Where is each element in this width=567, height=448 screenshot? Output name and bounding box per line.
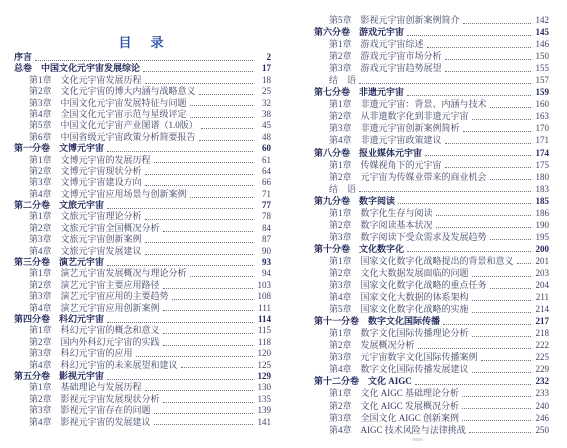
entry-label: 第十二分卷 文化 AIGC (314, 375, 412, 387)
dot-leader (145, 219, 253, 220)
entry-label: 第2章 影视元宇宙发展现状分析 (29, 394, 160, 405)
toc-entry: 第4章 AIGC 技术风险与法律挑战250 (314, 424, 549, 436)
dot-leader (190, 276, 253, 277)
entry-label: 第3章 非遗元宇宙创新案例简析 (329, 122, 460, 134)
entry-page: 114 (256, 314, 271, 325)
toc-entry: 第2章 文旅元宇宙全国概况分析84 (14, 223, 271, 234)
dot-leader (136, 356, 253, 357)
toc-entry: 第1章 科幻元宇宙的概念和意义115 (14, 325, 271, 336)
dot-leader (472, 276, 531, 277)
entry-page: 160 (534, 98, 549, 110)
dot-leader (490, 239, 531, 240)
dot-leader (472, 372, 531, 373)
dot-leader (407, 95, 531, 96)
entry-page: 71 (256, 189, 271, 200)
toc-entry: 第十分卷 文化数字化200 (314, 243, 549, 255)
entry-label: 第2章 国内外科幻元宇宙的实践 (29, 337, 160, 348)
dot-leader (359, 83, 531, 84)
entry-label: 第1章 传媒视角下的元宇宙 (329, 159, 442, 171)
dot-leader (145, 254, 253, 255)
dot-leader (201, 128, 253, 129)
dot-leader (199, 94, 253, 95)
entry-page: 90 (256, 246, 271, 257)
entry-page: 250 (534, 424, 549, 436)
entry-page: 103 (256, 280, 271, 291)
toc-entry: 第4章 科幻元宇宙的未来展望和建议125 (14, 360, 271, 371)
entry-label: 第七分卷 非遗元宇宙 (314, 86, 404, 98)
entry-label: 第1章 演艺元宇宙发展概况与理论分析 (29, 268, 187, 279)
dot-leader (445, 71, 531, 72)
entry-page: 211 (534, 291, 549, 303)
entry-label: 第5章 影视元宇宙创新案例简介 (329, 14, 460, 26)
toc-page-right: 第5章 影视元宇宙创新案例简介142第六分卷 游戏元宇宙145第1章 游戏元宇宙… (314, 14, 549, 436)
dot-leader (163, 333, 253, 334)
dot-leader (472, 312, 531, 313)
entry-label: 第2章 数字阅读基本状况 (329, 219, 433, 231)
toc-page-left: 目 录 序言2总卷 中国文化元宇宙发展综论17第1章 文化元宇宙发展历程18第2… (14, 36, 271, 428)
entry-label: 第4章 国家文化大数据的体系架构 (329, 291, 469, 303)
dot-leader (445, 143, 531, 144)
entry-label: 第3章 数字阅读下受众需求及发展趋势 (329, 231, 487, 243)
toc-entry: 第2章 文化元宇宙的博大内涵与战略意义25 (14, 86, 271, 97)
dot-leader (107, 151, 253, 152)
toc-entry: 第2章 国内外科幻元宇宙的实践118 (14, 337, 271, 348)
entry-page: 185 (534, 195, 549, 207)
dot-leader (145, 185, 253, 186)
entry-label: 第5章 国家文化数字化战略的实施 (329, 303, 469, 315)
toc-entry: 第1章 文化元宇宙发展历程18 (14, 75, 271, 86)
dot-leader (163, 402, 253, 403)
toc-entry: 第1章 基础理论与发展历程130 (14, 382, 271, 393)
entry-page: 142 (534, 14, 549, 26)
dot-leader (143, 71, 253, 72)
toc-entry: 第1章 文博元宇宙的发展历程61 (14, 155, 271, 166)
entry-label: 第2章 发展概况分析 (329, 339, 415, 351)
entry-page: 18 (256, 75, 271, 86)
entry-page: 195 (534, 231, 549, 243)
page-title: 目 录 (14, 36, 271, 50)
entry-page: 78 (256, 211, 271, 222)
entry-label: 第4章 全国文化元宇宙示范与星级评定 (29, 109, 187, 120)
entry-label: 第5章 中国文化元宇宙产业图谱（1.0版） (29, 120, 198, 131)
dot-leader (407, 251, 531, 252)
dot-leader (190, 105, 253, 106)
toc-entry: 第2章 文博元宇宙现状分析64 (14, 166, 271, 177)
dot-leader (107, 322, 253, 323)
dot-leader (463, 131, 531, 132)
toc-document: 目 录 序言2总卷 中国文化元宇宙发展综论17第1章 文化元宇宙发展历程18第2… (0, 0, 567, 448)
toc-entry: 第十二分卷 文化 AIGC232 (314, 375, 549, 387)
entry-label: 第五分卷 影视元宇宙 (14, 371, 104, 382)
toc-entry: 第1章 传媒视角下的元宇宙175 (314, 159, 549, 171)
entry-label: 第3章 元宇宙数字文化国际传播案例 (329, 351, 478, 363)
entry-page: 115 (256, 325, 271, 336)
entry-label: 第三分卷 演艺元宇宙 (14, 257, 104, 268)
entry-page: 190 (534, 219, 549, 231)
entry-page: 129 (256, 371, 271, 382)
toc-entry: 第4章 全国文化元宇宙示范与星级评定38 (14, 109, 271, 120)
toc-entry: 第4章 非遗元宇宙政策建议171 (314, 134, 549, 146)
dot-leader (445, 59, 531, 60)
toc-entry: 第2章 文化大数据发展面临的问题203 (314, 267, 549, 279)
dot-leader (398, 203, 531, 204)
toc-entry: 第5章 影视元宇宙创新案例简介142 (314, 14, 549, 26)
toc-entry: 第1章 文旅元宇宙理论分析78 (14, 211, 271, 222)
entry-label: 第6章 中国省级元宇宙政策分析简要报告 (29, 132, 196, 143)
dot-leader (190, 117, 253, 118)
toc-entry: 第六分卷 游戏元宇宙145 (314, 26, 549, 38)
entry-page: 201 (534, 255, 549, 267)
dot-leader (462, 420, 531, 421)
dot-leader (107, 265, 253, 266)
toc-entry: 第九分卷 数字阅读185 (314, 195, 549, 207)
dot-leader (107, 379, 253, 380)
entry-label: 第2章 文博元宇宙现状分析 (29, 166, 142, 177)
toc-entry: 第二分卷 文旅元宇宙77 (14, 200, 271, 211)
dot-leader (462, 408, 531, 409)
entry-page: 246 (534, 412, 549, 424)
entry-label: 第3章 国家文化数字化战略的重点任务 (329, 279, 487, 291)
entry-page: 186 (534, 207, 549, 219)
dot-leader (407, 35, 531, 36)
dot-leader (490, 179, 531, 180)
entry-label: 第2章 文化元宇宙的博大内涵与战略意义 (29, 86, 196, 97)
entry-label: 第2章 文化大数据发展面临的问题 (329, 267, 469, 279)
entry-page: 118 (256, 337, 271, 348)
entry-page: 17 (256, 63, 271, 74)
toc-entry: 第2章 数字阅读基本状况190 (314, 219, 549, 231)
entry-page: 217 (534, 315, 549, 327)
entry-label: 第4章 数字文化国际传播发展建议 (329, 363, 469, 375)
entry-label: 第2章 文化 AIGC 发展概况分析 (329, 400, 459, 412)
toc-entry: 第4章 文博元宇宙应用场景与创新案例71 (14, 189, 271, 200)
entry-label: 第3章 影视元宇宙存在的问题 (29, 405, 151, 416)
dot-leader (145, 83, 253, 84)
toc-entry: 第十一分卷 数字文化国际传播217 (314, 315, 549, 327)
entry-page: 214 (534, 303, 549, 315)
entry-page: 64 (256, 166, 271, 177)
toc-entry: 第2章 游戏元宇宙市场分析150 (314, 50, 549, 62)
entry-label: 第1章 文化 AIGC 基础理论分析 (329, 387, 459, 399)
entry-page: 157 (534, 74, 549, 86)
dot-leader (427, 47, 531, 48)
entry-label: 第1章 文化元宇宙发展历程 (29, 75, 142, 86)
dot-leader (463, 23, 531, 24)
entry-page: 174 (534, 147, 549, 159)
entry-page: 125 (256, 360, 271, 371)
entry-page: 60 (256, 143, 271, 154)
entry-label: 第1章 文旅元宇宙理论分析 (29, 211, 142, 222)
entry-page: 200 (534, 243, 549, 255)
dot-leader (472, 300, 531, 301)
entry-page: 87 (256, 234, 271, 245)
entry-label: 第2章 文旅元宇宙全国概况分析 (29, 223, 160, 234)
dot-leader (418, 348, 531, 349)
entry-page: 180 (534, 171, 549, 183)
toc-entry: 第1章 数字文化国际传播理论分析218 (314, 327, 549, 339)
entry-page: 93 (256, 257, 271, 268)
entry-label: 第1章 游戏元宇宙综述 (329, 38, 424, 50)
dot-leader (154, 162, 253, 163)
entry-label: 第1章 科幻元宇宙的概念和意义 (29, 325, 160, 336)
entry-page: 203 (534, 267, 549, 279)
dot-leader (436, 215, 531, 216)
dot-leader (35, 60, 253, 61)
toc-entry: 第3章 影视元宇宙存在的问题139 (14, 405, 271, 416)
entry-page: 146 (534, 38, 549, 50)
toc-entry: 第1章 国家文化数字化战略提出的背景和意义201 (314, 255, 549, 267)
entry-page: 94 (256, 268, 271, 279)
toc-entry: 第5章 国家文化数字化战略的实施214 (314, 303, 549, 315)
toc-entry: 第2章 影视元宇宙发展现状分析135 (14, 394, 271, 405)
entry-label: 总卷 中国文化元宇宙发展综论 (14, 63, 140, 74)
dot-leader (472, 119, 531, 120)
toc-entry: 第五分卷 影视元宇宙129 (14, 371, 271, 382)
entry-label: 第二分卷 文旅元宇宙 (14, 200, 104, 211)
entry-page: 240 (534, 400, 549, 412)
entry-page: 150 (534, 50, 549, 62)
entry-label: 序言 (14, 52, 32, 63)
entry-page: 139 (256, 405, 271, 416)
entry-label: 第1章 数字化生存与阅读 (329, 207, 433, 219)
entry-page: 171 (534, 134, 549, 146)
entry-label: 第十分卷 文化数字化 (314, 243, 404, 255)
entry-page: 225 (534, 351, 549, 363)
toc-entry: 第1章 游戏元宇宙综述146 (314, 38, 549, 50)
entry-page: 135 (256, 394, 271, 405)
toc-entry: 第3章 全国文化 AIGC 创新案例246 (314, 412, 549, 424)
entry-label: 第一分卷 文博元宇宙 (14, 143, 104, 154)
toc-entry: 第3章 元宇宙数字文化国际传播案例225 (314, 351, 549, 363)
entry-label: 第4章 影视元宇宙的发展建议 (29, 417, 151, 428)
entry-label: 第1章 国家文化数字化战略提出的背景和意义 (329, 255, 514, 267)
entry-page: 108 (256, 291, 271, 302)
dot-leader (181, 367, 253, 368)
entry-label: 第1章 基础理论与发展历程 (29, 382, 142, 393)
toc-entry: 第3章 演艺元宇宙应用的主要趋势108 (14, 291, 271, 302)
entry-label: 第4章 科幻元宇宙的未来展望和建议 (29, 360, 178, 371)
toc-entry: 结 语157 (314, 74, 549, 86)
entry-page: 111 (256, 303, 271, 314)
dot-leader (154, 413, 253, 414)
entry-label: 第3章 中国文化元宇宙发展特征与问题 (29, 98, 187, 109)
entry-label: 第3章 文博元宇宙建设方向 (29, 177, 142, 188)
dot-leader (154, 424, 253, 425)
dot-leader (415, 384, 531, 385)
entry-page: 141 (256, 417, 271, 428)
dot-leader (445, 167, 531, 168)
toc-entry: 第3章 游戏元宇宙趋势展望155 (314, 62, 549, 74)
dot-leader (462, 396, 531, 397)
entry-page: 120 (256, 348, 271, 359)
dot-leader (163, 231, 253, 232)
dot-leader (145, 390, 253, 391)
toc-entry: 第6章 中国省级元宇宙政策分析简要报告48 (14, 132, 271, 143)
dot-leader (163, 345, 253, 346)
entry-page: 229 (534, 363, 549, 375)
dot-leader (443, 324, 531, 325)
footer-mark (412, 438, 423, 441)
toc-entry: 第3章 科幻元宇宙的应用120 (14, 348, 271, 359)
dot-leader (145, 174, 253, 175)
entry-label: 第四分卷 科幻元宇宙 (14, 314, 104, 325)
dot-leader (469, 432, 531, 433)
toc-entry: 第2章 发展概况分析222 (314, 339, 549, 351)
entry-label: 第4章 文旅元宇宙发展建议 (29, 246, 142, 257)
entry-label: 第4章 文博元宇宙应用场景与创新案例 (29, 189, 187, 200)
toc-entry: 第2章 文化 AIGC 发展概况分析240 (314, 400, 549, 412)
entry-label: 第3章 科幻元宇宙的应用 (29, 348, 133, 359)
entry-page: 48 (256, 132, 271, 143)
entry-label: 第3章 演艺元宇宙应用的主要趋势 (29, 291, 169, 302)
entry-label: 第1章 数字文化国际传播理论分析 (329, 327, 469, 339)
entry-label: 第2章 游戏元宇宙市场分析 (329, 50, 442, 62)
entry-page: 25 (256, 86, 271, 97)
entry-label: 结 语 (329, 74, 356, 86)
entry-page: 155 (534, 62, 549, 74)
entry-page: 218 (534, 327, 549, 339)
entry-label: 第3章 游戏元宇宙趋势展望 (329, 62, 442, 74)
toc-entry: 第3章 数字阅读下受众需求及发展趋势195 (314, 231, 549, 243)
entry-page: 2 (256, 52, 271, 63)
toc-entry: 第1章 演艺元宇宙发展概况与理论分析94 (14, 268, 271, 279)
toc-entry: 第七分卷 非遗元宇宙159 (314, 86, 549, 98)
entry-page: 222 (534, 339, 549, 351)
entry-label: 第八分卷 报业媒体元宇宙 (314, 147, 422, 159)
entry-page: 170 (534, 122, 549, 134)
toc-entry: 第2章 从非遗数字化到非遗元宇宙163 (314, 110, 549, 122)
toc-entry: 第2章 元宇宙为传媒业带来的商业机会180 (314, 171, 549, 183)
toc-entry: 第3章 非遗元宇宙创新案例简析170 (314, 122, 549, 134)
entry-label: 第六分卷 游戏元宇宙 (314, 26, 404, 38)
dot-leader (490, 288, 531, 289)
dot-leader (199, 140, 253, 141)
dot-leader (517, 263, 531, 264)
dot-leader (107, 208, 253, 209)
entry-page: 204 (534, 279, 549, 291)
entry-label: 第4章 演艺元宇宙应用创新案例 (29, 303, 160, 314)
toc-entry: 第4章 影视元宇宙的发展建议141 (14, 417, 271, 428)
entry-page: 32 (256, 98, 271, 109)
dot-leader (472, 336, 531, 337)
dot-leader (172, 299, 253, 300)
toc-entry: 第4章 演艺元宇宙应用创新案例111 (14, 303, 271, 314)
toc-entry: 第3章 文旅元宇宙创新案例87 (14, 234, 271, 245)
entry-page: 233 (534, 387, 549, 399)
dot-leader (436, 227, 531, 228)
entry-page: 45 (256, 120, 271, 131)
toc-entry: 序言2 (14, 52, 271, 63)
entry-page: 84 (256, 223, 271, 234)
toc-entry: 第5章 中国文化元宇宙产业图谱（1.0版）45 (14, 120, 271, 131)
entry-label: 第4章 非遗元宇宙政策建议 (329, 134, 442, 146)
toc-entry: 第1章 数字化生存与阅读186 (314, 207, 549, 219)
toc-entry: 第1章 非遗元宇宙：背景、内涵与技术160 (314, 98, 549, 110)
entry-page: 145 (534, 26, 549, 38)
toc-entry: 总卷 中国文化元宇宙发展综论17 (14, 63, 271, 74)
toc-entry: 第3章 中国文化元宇宙发展特征与问题32 (14, 98, 271, 109)
toc-entry: 第一分卷 文博元宇宙60 (14, 143, 271, 154)
entry-label: 结 语 (329, 183, 356, 195)
entry-label: 第十一分卷 数字文化国际传播 (314, 315, 440, 327)
entry-label: 第3章 文旅元宇宙创新案例 (29, 234, 142, 245)
entry-label: 第4章 AIGC 技术风险与法律挑战 (329, 424, 466, 436)
entry-label: 第2章 演艺元宇宙主要应用路径 (29, 280, 160, 291)
entry-page: 163 (534, 110, 549, 122)
toc-entry: 结 语183 (314, 183, 549, 195)
toc-entry: 第八分卷 报业媒体元宇宙174 (314, 147, 549, 159)
toc-entry: 第四分卷 科幻元宇宙114 (14, 314, 271, 325)
toc-entry: 第3章 国家文化数字化战略的重点任务204 (314, 279, 549, 291)
toc-entry: 第4章 文旅元宇宙发展建议90 (14, 246, 271, 257)
dot-leader (481, 360, 531, 361)
dot-leader (490, 107, 531, 108)
toc-entry: 第2章 演艺元宇宙主要应用路径103 (14, 280, 271, 291)
entry-label: 第2章 元宇宙为传媒业带来的商业机会 (329, 171, 487, 183)
dot-leader (359, 191, 531, 192)
entry-page: 38 (256, 109, 271, 120)
entry-page: 159 (534, 86, 549, 98)
entry-page: 183 (534, 183, 549, 195)
entry-label: 第1章 文博元宇宙的发展历程 (29, 155, 151, 166)
dot-leader (163, 310, 253, 311)
entry-page: 61 (256, 155, 271, 166)
dot-leader (425, 155, 531, 156)
entry-label: 第九分卷 数字阅读 (314, 195, 395, 207)
entry-page: 66 (256, 177, 271, 188)
entry-label: 第3章 全国文化 AIGC 创新案例 (329, 412, 459, 424)
toc-entry: 第1章 文化 AIGC 基础理论分析233 (314, 387, 549, 399)
toc-entry: 第4章 数字文化国际传播发展建议229 (314, 363, 549, 375)
toc-list-left: 序言2总卷 中国文化元宇宙发展综论17第1章 文化元宇宙发展历程18第2章 文化… (14, 52, 271, 428)
toc-entry: 第三分卷 演艺元宇宙93 (14, 257, 271, 268)
entry-label: 第2章 从非遗数字化到非遗元宇宙 (329, 110, 469, 122)
entry-page: 130 (256, 382, 271, 393)
toc-list-right: 第5章 影视元宇宙创新案例简介142第六分卷 游戏元宇宙145第1章 游戏元宇宙… (314, 14, 549, 436)
dot-leader (145, 242, 253, 243)
dot-leader (190, 197, 253, 198)
entry-label: 第1章 非遗元宇宙：背景、内涵与技术 (329, 98, 487, 110)
entry-page: 77 (256, 200, 271, 211)
toc-entry: 第4章 国家文化大数据的体系架构211 (314, 291, 549, 303)
toc-entry: 第3章 文博元宇宙建设方向66 (14, 177, 271, 188)
entry-page: 175 (534, 159, 549, 171)
dot-leader (163, 288, 253, 289)
entry-page: 232 (534, 375, 549, 387)
